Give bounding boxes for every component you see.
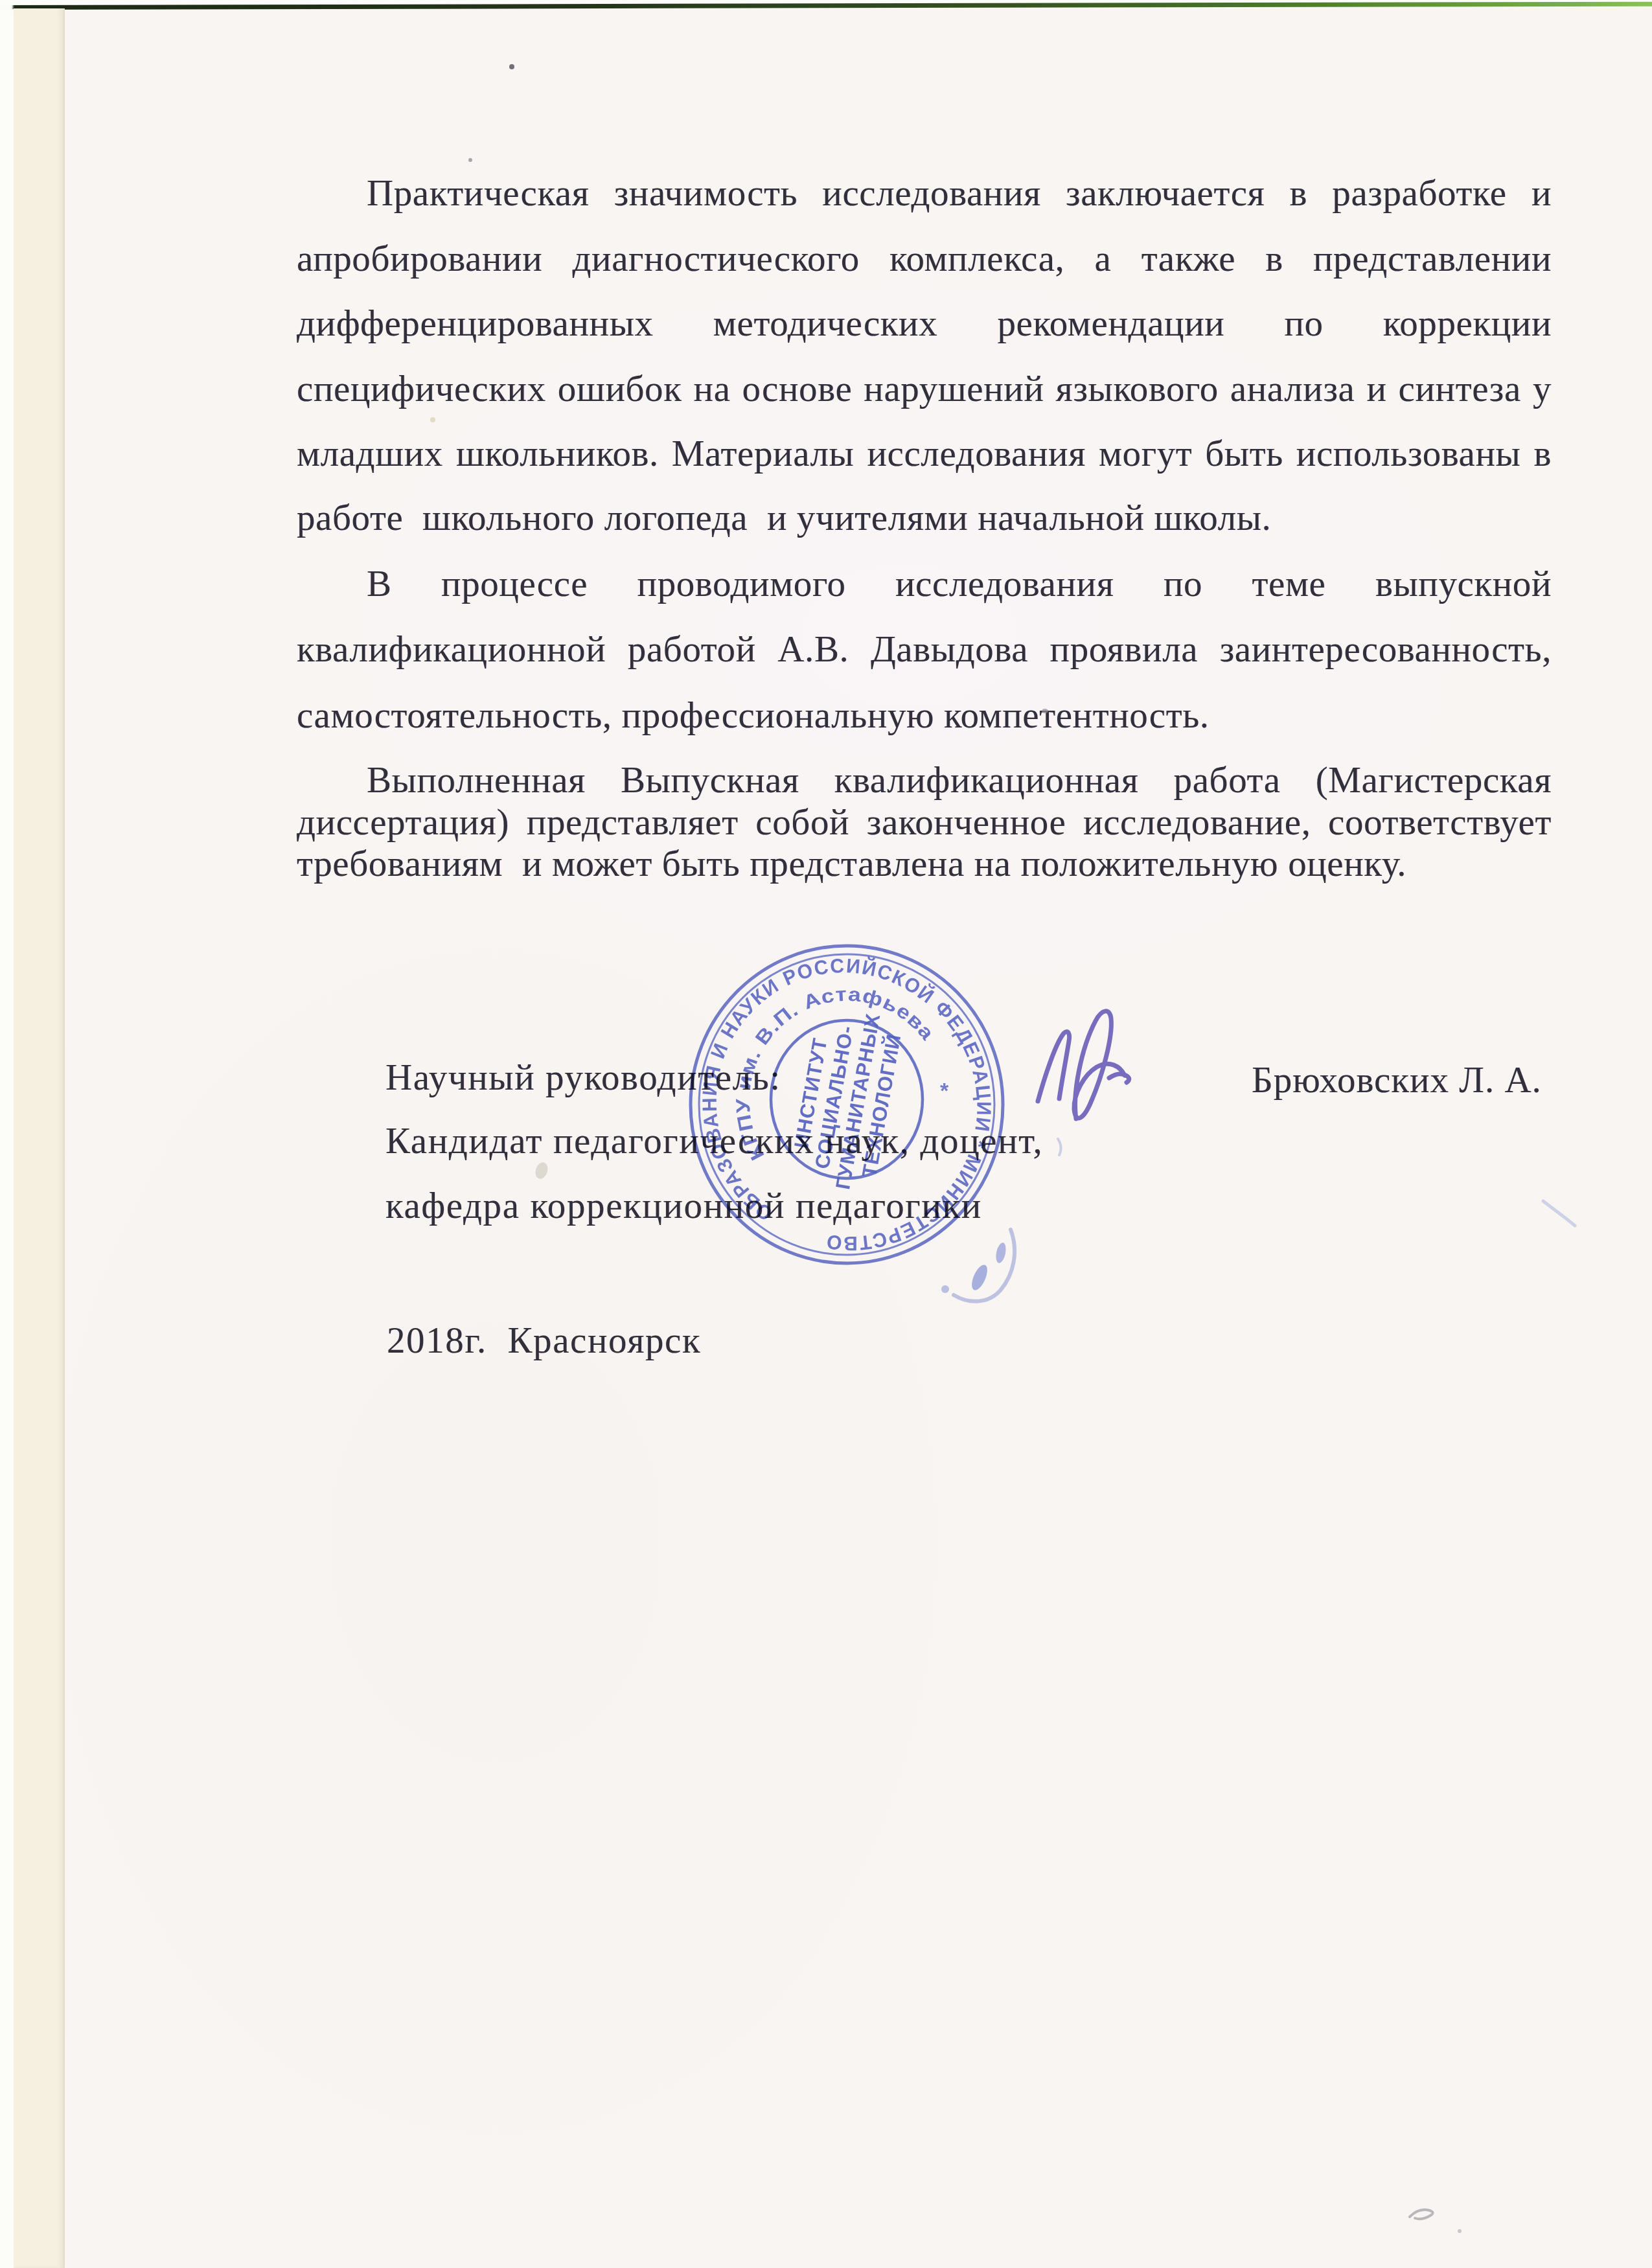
body-line: Выполненная Выпускная квалификационная р… xyxy=(367,758,1552,803)
body-line: диссертация) представляет собой закончен… xyxy=(297,800,1552,845)
scan-speck xyxy=(1042,709,1048,713)
scan-left-paper-strip xyxy=(14,8,65,2268)
stamp-asterisk-mark: * xyxy=(940,1079,949,1103)
body-line: специфических ошибок на основе нарушений… xyxy=(297,367,1552,412)
year-city-line: 2018г. Красноярск xyxy=(387,1318,970,1364)
body-line: младших школьников. Материалы исследован… xyxy=(297,431,1552,477)
body-line: работе школьного логопеда и учителями на… xyxy=(297,496,1552,541)
scan-pencil-mark xyxy=(1410,2210,1433,2219)
body-line: квалификационной работой А.В. Давыдова п… xyxy=(297,627,1552,672)
stamp-center-text: ИНСТИТУТ СОЦИАЛЬНО- ГУМАНИТАРНЫХ ТЕХНОЛО… xyxy=(784,1003,908,1195)
scanned-document-page: Практическая значимость исследования зак… xyxy=(0,0,1652,2268)
scan-speck xyxy=(468,158,472,162)
scan-speck xyxy=(1458,2229,1462,2233)
supervisor-name: Брюховских Л. А. xyxy=(1252,1058,1640,1103)
body-line: В процессе проводимого исследования по т… xyxy=(367,562,1552,607)
scan-speck xyxy=(430,417,435,422)
body-line: апробировании диагностического комплекса… xyxy=(297,236,1552,282)
body-line: дифференцированных методических рекоменд… xyxy=(297,301,1552,347)
scan-speck xyxy=(509,64,514,69)
scan-edge-left xyxy=(0,9,14,2268)
body-line: самостоятельность, профессиональную комп… xyxy=(297,693,1552,739)
university-round-stamp: ОБРАЗОВАНИЯ И НАУКИ РОССИЙСКОЙ ФЕДЕРАЦИИ… xyxy=(685,943,1009,1266)
body-line: требованиям и может быть представлена на… xyxy=(297,842,1552,887)
body-line: Практическая значимость исследования зак… xyxy=(367,171,1552,216)
